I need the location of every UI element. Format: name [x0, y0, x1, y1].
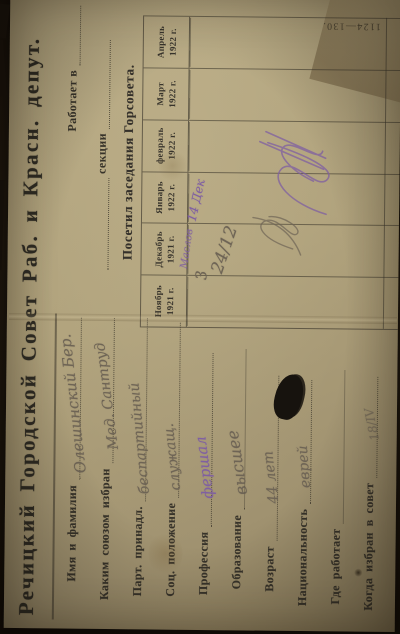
field-label: Национальность: [295, 509, 311, 606]
month-year: 1922 г.: [167, 28, 177, 56]
month-header: февраль 1922 г.: [142, 120, 189, 171]
month-name: февраль: [154, 127, 164, 164]
field-label: Когда избран в совет: [361, 483, 377, 611]
field-label: Соц. положение: [163, 503, 179, 597]
section-label: секции: [94, 133, 109, 174]
dotted-line: [326, 370, 346, 523]
attendance-table: Ноябрь 1921 г. Декабрь 1921 г. Январь 19…: [140, 15, 400, 330]
month-year: 1922 г.: [167, 80, 177, 108]
frayed-edge: [0, 4, 10, 39]
field-row: Где работает: [326, 370, 345, 604]
field-label: Образование: [229, 515, 245, 590]
photo-of-document: Речицкий Городской Совет Раб. и Красн. д…: [0, 0, 400, 634]
title-rule: [52, 313, 57, 619]
attendance-heading: Посетил заседания Горсовета.: [119, 54, 137, 270]
field-label: Профессия: [196, 531, 212, 595]
card-title: Речицкий Городской Совет Раб. и Красн. д…: [14, 37, 45, 616]
month-year: 1921 г.: [164, 287, 174, 315]
field-label: Парт. принадл.: [130, 506, 146, 596]
month-name: Апрель: [155, 26, 165, 58]
dotted-line: [63, 6, 82, 66]
dotted-line: [92, 40, 111, 129]
field-row: Каким союзом избран Мед. Сантруд: [95, 318, 115, 600]
month-year: 1922 г.: [166, 132, 176, 160]
works-in-line: Работает в: [63, 6, 81, 132]
field-label: Где работает: [328, 528, 344, 604]
handwritten-value: Олешинский Бер.: [56, 333, 90, 474]
frayed-edge: [0, 40, 7, 96]
month-header: Март 1922 г.: [143, 68, 190, 119]
month-name: Ноябрь: [152, 285, 162, 317]
month-year: 1922 г.: [166, 184, 176, 212]
month-column: Декабрь 1921 г.: [141, 223, 399, 278]
month-name: Январь: [154, 181, 164, 214]
works-in-label: Работает в: [65, 70, 81, 132]
field-row: Имя и фамилия Олешинский Бер.: [62, 318, 82, 582]
field-row: Образование высшее: [227, 349, 247, 589]
paper-card: Речицкий Городской Совет Раб. и Красн. д…: [4, 0, 400, 632]
field-row: Профессия фершал: [194, 353, 214, 595]
month-name: Март: [155, 82, 165, 106]
month-name: Декабрь: [153, 231, 163, 267]
month-column: Январь 1922 г.: [142, 171, 400, 226]
handwritten-mark: 3: [192, 270, 210, 280]
frayed-edge: [0, 180, 5, 270]
dotted-line: [90, 178, 109, 270]
month-column: февраль 1922 г.: [142, 119, 400, 174]
month-header: Апрель 1922 г.: [144, 16, 191, 67]
field-label: Возраст: [262, 546, 277, 592]
field-label: Каким союзом избран: [97, 468, 113, 600]
month-year: 1921 г.: [165, 236, 175, 264]
month-header: Январь 1922 г.: [142, 172, 189, 223]
month-column: Март 1922 г.: [143, 67, 400, 122]
field-label: Имя и фамилия: [64, 485, 80, 582]
print-order-code: 1124—130.: [322, 20, 381, 32]
section-line: секции: [91, 40, 110, 270]
card-content: Речицкий Городской Совет Раб. и Красн. д…: [6, 3, 400, 623]
field-row: Когда избран в совет 18/IV: [359, 377, 378, 611]
handwritten-value: еврей: [295, 445, 314, 489]
field-row: Парт. принадл. беспартийный: [128, 318, 148, 596]
field-row: Соц. положение служащ.: [161, 323, 181, 597]
